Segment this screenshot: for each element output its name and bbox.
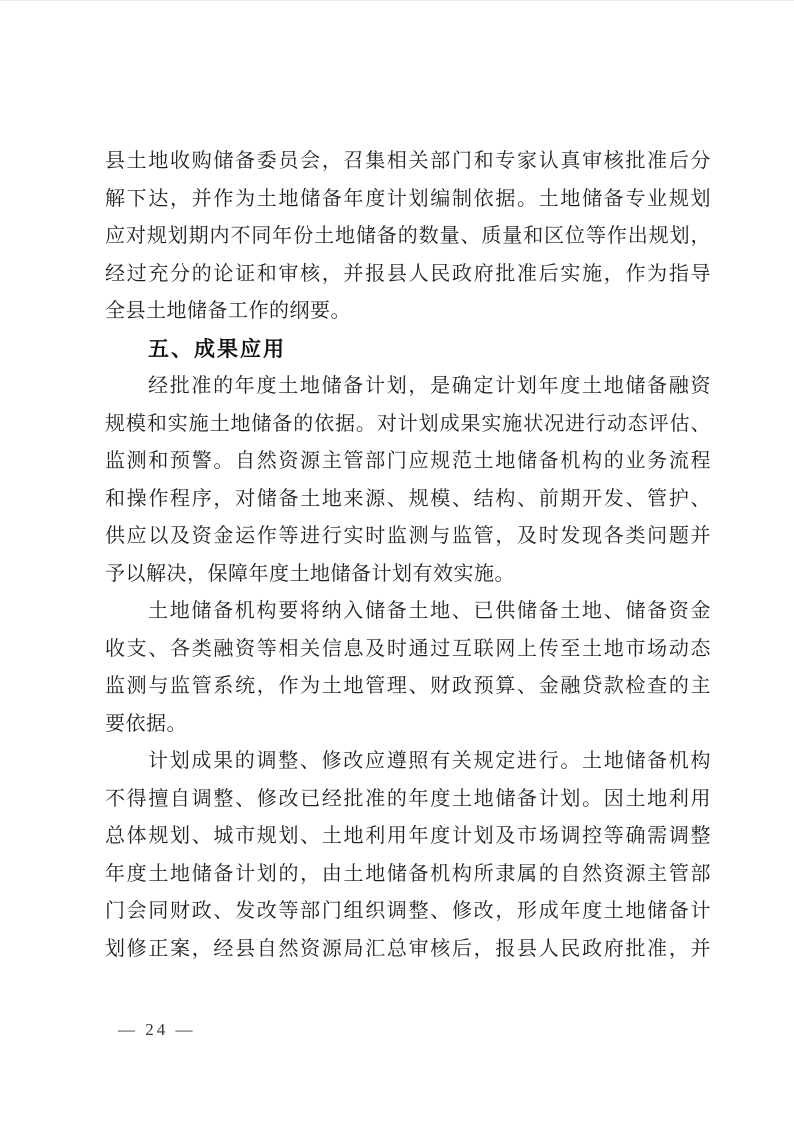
paragraph-line: 门会同财政、发改等部门组织调整、修改，形成年度土地储备计 [105, 893, 711, 931]
paragraph-line: 总体规划、城市规划、土地利用年度计划及市场调控等确需调整 [105, 818, 711, 856]
paragraph-line: 应对规划期内不同年份土地储备的数量、质量和区位等作出规划， [105, 218, 711, 256]
paragraph-line: 监测和预警。自然资源主管部门应规范土地储备机构的业务流程 [105, 443, 711, 481]
paragraph-line: 要依据。 [105, 706, 711, 744]
paragraph-line: 收支、各类融资等相关信息及时通过互联网上传至土地市场动态 [105, 631, 711, 669]
document-body: 县土地收购储备委员会，召集相关部门和专家认真审核批准后分 解下达，并作为土地储备… [105, 143, 711, 968]
paragraph-line: 供应以及资金运作等进行实时监测与监管，及时发现各类问题并 [105, 518, 711, 556]
document-page: 县土地收购储备委员会，召集相关部门和专家认真审核批准后分 解下达，并作为土地储备… [0, 0, 794, 1122]
paragraph-line: 土地储备机构要将纳入储备土地、已供储备土地、储备资金 [105, 593, 711, 631]
paragraph-line: 监测与监管系统，作为土地管理、财政预算、金融贷款检查的主 [105, 668, 711, 706]
paragraph-line: 计划成果的调整、修改应遵照有关规定进行。土地储备机构 [105, 743, 711, 781]
paragraph-line: 和操作程序，对储备土地来源、规模、结构、前期开发、管护、 [105, 481, 711, 519]
paragraph-line: 年度土地储备计划的，由土地储备机构所隶属的自然资源主管部 [105, 856, 711, 894]
paragraph-line: 经过充分的论证和审核，并报县人民政府批准后实施，作为指导 [105, 256, 711, 294]
section-heading: 五、成果应用 [105, 331, 711, 369]
paragraph-line: 规模和实施土地储备的依据。对计划成果实施状况进行动态评估、 [105, 406, 711, 444]
paragraph-line: 不得擅自调整、修改已经批准的年度土地储备计划。因土地利用 [105, 781, 711, 819]
paragraph-line: 解下达，并作为土地储备年度计划编制依据。土地储备专业规划 [105, 181, 711, 219]
paragraph-line: 划修正案，经县自然资源局汇总审核后，报县人民政府批准，并 [105, 931, 711, 969]
paragraph-line: 全县土地储备工作的纲要。 [105, 293, 711, 331]
paragraph-line: 予以解决，保障年度土地储备计划有效实施。 [105, 556, 711, 594]
paragraph-line: 县土地收购储备委员会，召集相关部门和专家认真审核批准后分 [105, 143, 711, 181]
paragraph-line: 经批准的年度土地储备计划，是确定计划年度土地储备融资 [105, 368, 711, 406]
page-number: — 24 — [118, 1020, 196, 1040]
